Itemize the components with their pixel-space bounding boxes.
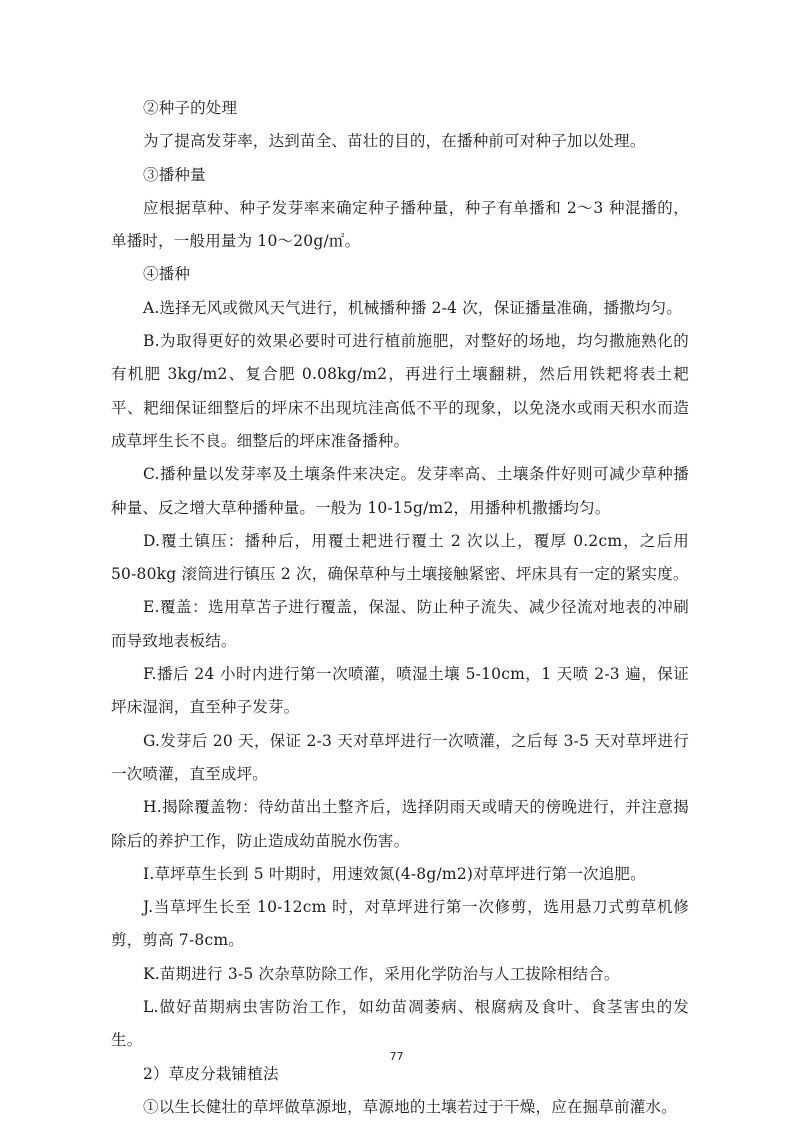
list-item-d: D.覆土镇压：播种后，用覆土耙进行覆土 2 次以上，覆厚 0.2cm，之后用 5…	[111, 525, 689, 592]
list-item-h: H.揭除覆盖物：待幼苗出土整齐后，选择阴雨天或晴天的傍晚进行，并注意揭除后的养护…	[111, 791, 689, 858]
document-page: ②种子的处理 为了提高发芽率，达到苗全、苗壮的目的，在播种前可对种子加以处理。 …	[111, 92, 689, 1122]
list-item-c: C.播种量以发芽率及土壤条件来决定。发芽率高、土壤条件好则可减少草种播种量、反之…	[111, 458, 689, 525]
list-item-f: F.播后 24 小时内进行第一次喷灌，喷湿土壤 5-10cm，1 天喷 2-3 …	[111, 658, 689, 725]
list-item-i: I.草坪草生长到 5 叶期时，用速效氮(4-8g/m2)对草坪进行第一次追肥。	[111, 858, 689, 891]
paragraph: 为了提高发芽率，达到苗全、苗壮的目的，在播种前可对种子加以处理。	[111, 125, 689, 158]
paragraph: 应根据草种、种子发芽率来确定种子播种量，种子有单播和 2～3 种混播的，单播时，…	[111, 192, 689, 259]
list-item-e: E.覆盖：选用草苫子进行覆盖，保湿、防止种子流失、减少径流对地表的冲刷而导致地表…	[111, 591, 689, 658]
paragraph: ①以生长健壮的草坪做草源地，草源地的土壤若过于干燥，应在掘草前灌水。	[111, 1091, 689, 1122]
list-item-b: B.为取得更好的效果必要时可进行植前施肥，对整好的场地，均匀撒施熟化的有机肥 3…	[111, 325, 689, 458]
list-item-k: K.苗期进行 3-5 次杂草防除工作，采用化学防治与人工拔除相结合。	[111, 958, 689, 991]
heading-seeding-rate: ③播种量	[111, 159, 689, 192]
heading-sowing: ④播种	[111, 258, 689, 291]
heading-seed-treatment: ②种子的处理	[111, 92, 689, 125]
page-number: 77	[0, 1050, 793, 1063]
list-item-l: L.做好苗期病虫害防治工作，如幼苗凋萎病、根腐病及食叶、食茎害虫的发生。	[111, 991, 689, 1058]
list-item-g: G.发芽后 20 天，保证 2-3 天对草坪进行一次喷灌，之后每 3-5 天对草…	[111, 725, 689, 792]
list-item-j: J.当草坪生长至 10-12cm 时，对草坪进行第一次修剪，选用悬刀式剪草机修剪…	[111, 891, 689, 958]
list-item-a: A.选择无风或微风天气进行，机械播种播 2-4 次，保证播量准确，播撒均匀。	[111, 292, 689, 325]
